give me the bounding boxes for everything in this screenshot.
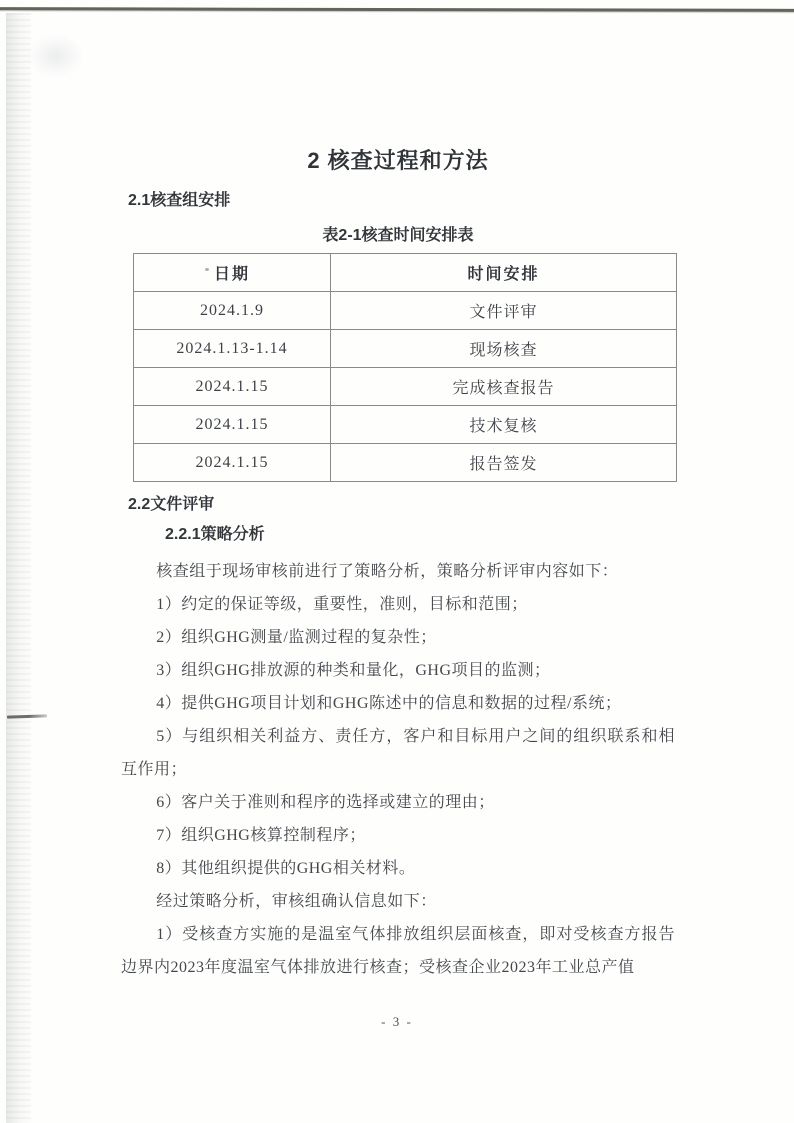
strategy-item-6: 6）客户关于准则和程序的选择或建立的理由；: [121, 786, 675, 819]
table-cell-date: 2024.1.13-1.14: [134, 330, 331, 368]
table-cell-arrangement: 文件评审: [331, 292, 677, 330]
paragraph-confirm-item-1: 1）受核查方实施的是温室气体排放组织层面核查，即对受核查方报告边界内2023年度…: [121, 918, 675, 984]
section-heading-2-1: 2.1核查组安排: [121, 189, 675, 213]
table-cell-date: 2024.1.9: [134, 292, 331, 330]
page-number: - 3 -: [0, 1012, 794, 1032]
strategy-item-5: 5）与组织相关利益方、责任方，客户和目标用户之间的组织联系和相互作用；: [121, 720, 675, 786]
table-cell-arrangement: 报告签发: [331, 444, 677, 482]
table-caption: 表2-1核查时间安排表: [121, 224, 675, 248]
strategy-item-4: 4）提供GHG项目计划和GHG陈述中的信息和数据的过程/系统；: [121, 687, 675, 720]
document-content: 2 核查过程和方法 2.1核查组安排 表2-1核查时间安排表 日期 时间安排 2…: [121, 0, 675, 984]
table-row: 2024.1.15 完成核查报告: [134, 368, 677, 406]
table-cell-date: 2024.1.15: [134, 444, 331, 482]
paragraph-confirm-intro: 经过策略分析，审核组确认信息如下：: [121, 885, 675, 918]
scan-edge-artifact-left: [6, 13, 31, 1123]
section-heading-2-2: 2.2文件评审: [121, 493, 675, 517]
page-title: 2 核查过程和方法: [121, 146, 675, 176]
table-header-date: 日期: [134, 254, 331, 292]
strategy-item-7: 7）组织GHG核算控制程序；: [121, 819, 675, 852]
table-cell-arrangement: 现场核查: [331, 330, 677, 368]
table-row: 2024.1.9 文件评审: [134, 292, 677, 330]
table-header-arrangement: 时间安排: [331, 254, 677, 292]
strategy-item-1: 1）约定的保证等级，重要性，准则，目标和范围；: [121, 588, 675, 621]
table-row: 2024.1.15 报告签发: [134, 444, 677, 482]
strategy-item-2: 2）组织GHG测量/监测过程的复杂性；: [121, 621, 675, 654]
table-cell-arrangement: 完成核查报告: [331, 368, 677, 406]
table-row: 2024.1.15 技术复核: [134, 406, 677, 444]
scanned-document-page: 2 核查过程和方法 2.1核查组安排 表2-1核查时间安排表 日期 时间安排 2…: [0, 0, 794, 1123]
table-cell-arrangement: 技术复核: [331, 406, 677, 444]
table-header-row: 日期 时间安排: [134, 254, 677, 292]
strategy-item-3: 3）组织GHG排放源的种类和量化，GHG项目的监测；: [121, 654, 675, 687]
paragraph-strategy-intro: 核查组于现场审核前进行了策略分析，策略分析评审内容如下：: [121, 555, 675, 588]
table-cell-date: 2024.1.15: [134, 368, 331, 406]
strategy-item-8: 8）其他组织提供的GHG相关材料。: [121, 852, 675, 885]
table-row: 2024.1.13-1.14 现场核查: [134, 330, 677, 368]
scan-smudge: [28, 34, 84, 78]
table-cell-date: 2024.1.15: [134, 406, 331, 444]
section-heading-2-2-1: 2.2.1策略分析: [121, 523, 675, 547]
verification-schedule-table: 日期 时间安排 2024.1.9 文件评审 2024.1.13-1.14 现场核…: [133, 253, 677, 482]
